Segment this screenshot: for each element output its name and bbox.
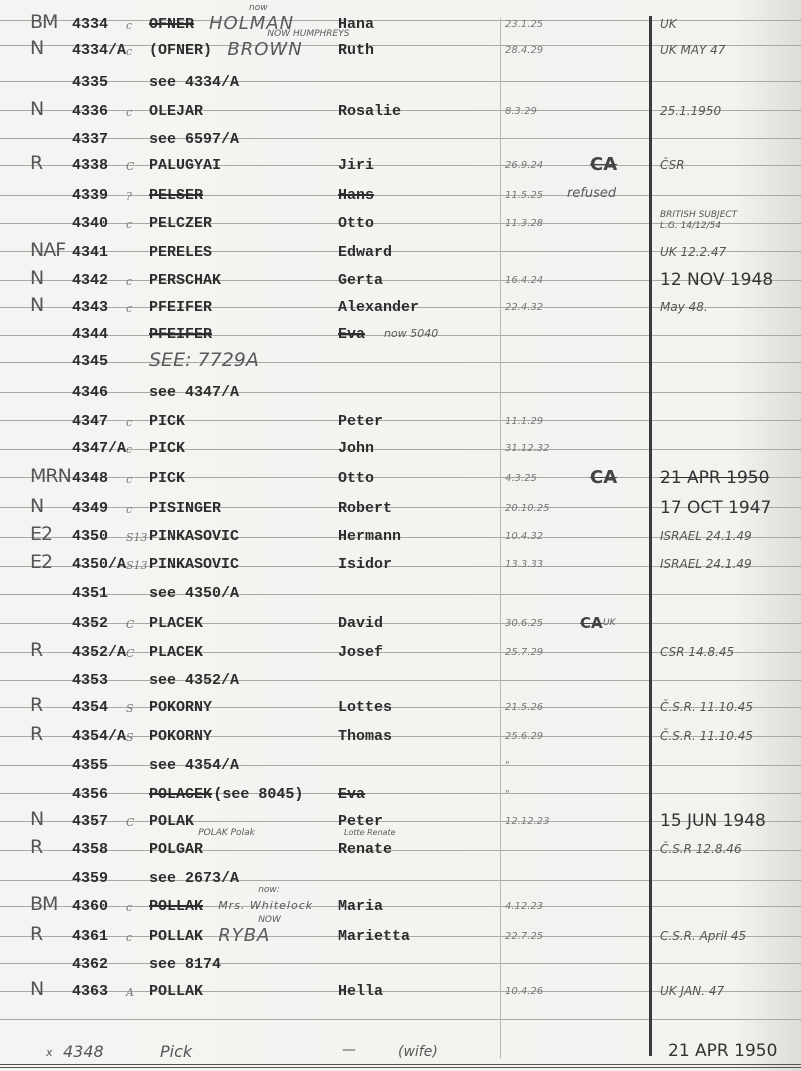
ledger-row: R4361cPOLLAKNOWRYBAMarietta22.7.25C.S.R.… <box>0 925 801 953</box>
ruled-line <box>0 1019 801 1020</box>
surname: PELCZER <box>149 215 212 232</box>
surname: PFEIFER <box>149 299 212 316</box>
status: UK MAY 47 <box>660 43 725 57</box>
entry-number: 4335 <box>72 74 108 91</box>
surname: (OFNER) <box>149 42 212 59</box>
date-of-birth: 23.1.25 <box>505 19 543 30</box>
entry-code: S <box>126 731 134 744</box>
footer-surname: Pick <box>160 1042 192 1061</box>
entry-number: 4347 <box>72 413 108 430</box>
surname: POLLAK <box>149 983 203 1000</box>
surname: see 4334/A <box>149 74 239 91</box>
footer-number: 4348 <box>63 1042 104 1061</box>
annotation-mark: R <box>30 923 42 945</box>
entry-code: c <box>126 416 132 429</box>
surname-suffix: (see 8045) <box>213 786 303 803</box>
entry-number: 4336 <box>72 103 108 120</box>
footer-dash: — <box>342 1042 356 1058</box>
date-of-birth: 16.4.24 <box>505 275 543 286</box>
status: 17 OCT 1947 <box>660 498 771 518</box>
status: May 48. <box>660 300 708 314</box>
annotation-mark: R <box>30 639 42 661</box>
surname: PALUGYAI <box>149 157 221 174</box>
footer-prefix: x <box>46 1046 53 1059</box>
ledger-row: 4356POLACEK(see 8045)Eva" <box>0 783 801 811</box>
ledger-row: 4355see 4354/A" <box>0 754 801 782</box>
date-of-birth: 31.12.32 <box>505 443 550 454</box>
status: 12 NOV 1948 <box>660 270 773 290</box>
surname: POLLAK <box>149 898 203 915</box>
entry-number: 4343 <box>72 299 108 316</box>
entry-code: c <box>126 45 132 58</box>
surname: POLAK <box>149 813 194 830</box>
entry-code: S <box>126 702 134 715</box>
ledger-row: 4351see 4350/A <box>0 582 801 610</box>
entry-number: 4341 <box>72 244 108 261</box>
first-name: Eva <box>338 786 365 803</box>
annotation-mark: N <box>30 495 43 517</box>
annotation-mark: R <box>30 152 42 174</box>
surname: see 4350/A <box>149 585 239 602</box>
entry-code: c <box>126 473 132 486</box>
first-name: David <box>338 615 383 632</box>
entry-number: 4350/A <box>72 556 126 573</box>
date-of-birth: 25.6.29 <box>505 731 543 742</box>
surname: PERELES <box>149 244 212 261</box>
bottom-rule <box>0 1064 801 1065</box>
ca-mark: CA <box>590 467 617 488</box>
annotation-mark: N <box>30 37 43 59</box>
ledger-row: 4339?PELSERHans11.5.25refused <box>0 184 801 212</box>
entry-code: c <box>126 19 132 32</box>
entry-code: ? <box>126 190 132 203</box>
annotation-mark: MRN <box>30 465 71 487</box>
status: C.S.R. April 45 <box>660 929 746 943</box>
entry-code: C <box>126 816 134 829</box>
date-of-birth: 22.7.25 <box>505 931 543 942</box>
date-of-birth: 10.4.26 <box>505 986 543 997</box>
date-of-birth: 10.4.32 <box>505 531 543 542</box>
entry-code: c <box>126 302 132 315</box>
ledger-row: E24350/AS13PINKASOVICIsidor13.3.33ISRAEL… <box>0 553 801 581</box>
surname: PELSER <box>149 187 203 204</box>
entry-number: 4342 <box>72 272 108 289</box>
first-name: Hans <box>338 187 374 204</box>
first-name: Hermann <box>338 528 401 545</box>
entry-code: C <box>126 618 134 631</box>
entry-code: A <box>126 986 134 999</box>
entry-number: 4344 <box>72 326 108 343</box>
entry-number: 4352 <box>72 615 108 632</box>
entry-code: C <box>126 647 134 660</box>
ledger-row: N4349cPISINGERRobert20.10.2517 OCT 1947 <box>0 497 801 525</box>
first-name: Alexander <box>338 299 419 316</box>
entry-number: 4350 <box>72 528 108 545</box>
surname: PINKASOVIC <box>149 556 239 573</box>
entry-number: 4354/A <box>72 728 126 745</box>
status: 25.1.1950 <box>660 104 721 118</box>
first-name: Renate <box>338 841 392 858</box>
date-of-birth: 8.3.29 <box>505 106 537 117</box>
entry-code: c <box>126 106 132 119</box>
surname: see 4354/A <box>149 757 239 774</box>
bottom-rule-2 <box>0 1067 801 1068</box>
ledger-row: 4345SEE: 7729A <box>0 350 801 378</box>
status: UK <box>660 17 677 31</box>
date-of-birth: 11.5.25 <box>505 190 543 201</box>
entry-number: 4355 <box>72 757 108 774</box>
ledger-row: N4343cPFEIFERAlexander22.4.32May 48. <box>0 296 801 324</box>
entry-code: c <box>126 218 132 231</box>
entry-number: 4345 <box>72 353 108 370</box>
ledger-row: 4337see 6597/A <box>0 128 801 156</box>
surname-note-above: now <box>249 3 268 13</box>
status: ČSR <box>660 158 685 172</box>
status: Č.S.R. 11.10.45 <box>660 729 753 743</box>
surname-note: BROWN <box>227 39 302 60</box>
ca-mark: CA <box>580 614 603 632</box>
first-name: Robert <box>338 500 392 517</box>
entry-code: S13 <box>126 559 148 572</box>
date-of-birth: 22.4.32 <box>505 302 543 313</box>
ledger-row: NAF4341PERELESEdwardUK 12.2.47 <box>0 241 801 269</box>
entry-number: 4354 <box>72 699 108 716</box>
ledger-row: 4335see 4334/A <box>0 71 801 99</box>
date-of-birth: 11.1.29 <box>505 416 543 427</box>
surname-note-above: NOW HUMPHREYS <box>267 29 349 39</box>
ledger-row: 4359see 2673/A <box>0 867 801 895</box>
surname: PICK <box>149 440 185 457</box>
first-name: Jiri <box>338 157 374 174</box>
ledger-row: N4334/Ac(OFNER)NOW HUMPHREYSBROWNRuth28.… <box>0 39 801 67</box>
first-name: John <box>338 440 374 457</box>
footer-relation: (wife) <box>398 1044 438 1060</box>
date-of-birth: 4.3.25 <box>505 473 537 484</box>
ledger-row: R4358POLGARPOLAK PolakRenateLotte Renate… <box>0 838 801 866</box>
entry-number: 4363 <box>72 983 108 1000</box>
entry-number: 4351 <box>72 585 108 602</box>
footer-stamp: 21 APR 1950 <box>668 1041 777 1061</box>
annotation-mark: N <box>30 267 43 289</box>
status: UK 12.2.47 <box>660 245 726 259</box>
date-of-birth: 25.7.29 <box>505 647 543 658</box>
first-name: Otto <box>338 470 374 487</box>
first-name: Rosalie <box>338 103 401 120</box>
ca-note: UK <box>603 618 616 628</box>
surname-note: RYBA <box>218 925 270 946</box>
ledger-row: R4338CPALUGYAIJiri26.9.24CAČSR <box>0 154 801 182</box>
entry-code: C <box>126 160 134 173</box>
surname: see 4347/A <box>149 384 239 401</box>
annotation-mark: N <box>30 98 43 120</box>
ledger-page: BM4334cOFNERnowHOLMANHana23.1.25UKN4334/… <box>0 0 801 1071</box>
date-of-birth: 20.10.25 <box>505 503 550 514</box>
surname: PFEIFER <box>149 326 212 343</box>
first-name: Peter <box>338 413 383 430</box>
entry-number: 4349 <box>72 500 108 517</box>
entry-number: 4348 <box>72 470 108 487</box>
annotation-mark: E2 <box>30 523 52 545</box>
surname: POLLAK <box>149 928 203 945</box>
entry-code: S13 <box>126 531 148 544</box>
entry-number: 4339 <box>72 187 108 204</box>
ledger-row: BM4334cOFNERnowHOLMANHana23.1.25UK <box>0 13 801 41</box>
surname: PLACEK <box>149 644 203 661</box>
ledger-row: R4352/ACPLACEKJosef25.7.29CSR 14.8.45 <box>0 641 801 669</box>
ledger-row: 4347cPICKPeter11.1.29 <box>0 410 801 438</box>
surname: PLACEK <box>149 615 203 632</box>
ledger-row: BM4360cPOLLAKnow:Mrs. WhitelockMaria4.12… <box>0 895 801 923</box>
surname: POKORNY <box>149 728 212 745</box>
ledger-row: N4336cOLEJARRosalie8.3.2925.1.1950 <box>0 100 801 128</box>
ledger-row: 4347/AcPICKJohn31.12.32 <box>0 437 801 465</box>
date-of-birth: 13.3.33 <box>505 559 543 570</box>
surname: POKORNY <box>149 699 212 716</box>
first-name: Edward <box>338 244 392 261</box>
surname: PICK <box>149 413 185 430</box>
entry-number: 4359 <box>72 870 108 887</box>
ledger-row: R4354SPOKORNYLottes21.5.26Č.S.R. 11.10.4… <box>0 696 801 724</box>
ledger-row: E24350S13PINKASOVICHermann10.4.32ISRAEL … <box>0 525 801 553</box>
annotation-mark: N <box>30 808 43 830</box>
first-name: Eva <box>338 326 365 343</box>
entry-code: c <box>126 931 132 944</box>
surname: SEE: 7729A <box>149 349 259 371</box>
ledger-row: 4344PFEIFEREvanow 5040 <box>0 323 801 351</box>
date-of-birth: " <box>505 760 510 771</box>
surname: OFNER <box>149 16 194 33</box>
entry-number: 4337 <box>72 131 108 148</box>
status: Č.S.R 12.8.46 <box>660 842 742 856</box>
entry-number: 4358 <box>72 841 108 858</box>
annotation-mark: BM <box>30 893 57 915</box>
annotation-mark: R <box>30 836 42 858</box>
first-name: Isidor <box>338 556 392 573</box>
status: 21 APR 1950 <box>660 468 769 488</box>
entry-code: c <box>126 275 132 288</box>
ledger-row: 4352CPLACEKDavid30.6.25CAUK <box>0 612 801 640</box>
first-name: Ruth <box>338 42 374 59</box>
date-of-birth: " <box>505 789 510 800</box>
first-name: Gerta <box>338 272 383 289</box>
annotation-mark: N <box>30 294 43 316</box>
entry-code: c <box>126 503 132 516</box>
entry-number: 4362 <box>72 956 108 973</box>
entry-number: 4356 <box>72 786 108 803</box>
annotation-mark: NAF <box>30 239 65 261</box>
date-of-birth: 11.3.28 <box>505 218 543 229</box>
date-of-birth: 26.9.24 <box>505 160 543 171</box>
surname: see 4352/A <box>149 672 239 689</box>
date-of-birth: 28.4.29 <box>505 45 543 56</box>
surname-note-above: POLAK Polak <box>198 828 255 838</box>
ledger-row: 4346see 4347/A <box>0 381 801 409</box>
surname: PICK <box>149 470 185 487</box>
ledger-row: 4340cPELCZEROtto11.3.28BRITISH SUBJECTL.… <box>0 212 801 240</box>
entry-code: c <box>126 901 132 914</box>
surname: POLACEK <box>149 786 212 803</box>
first-name-note-above: Lotte Renate <box>344 828 396 837</box>
ledger-row: MRN4348cPICKOtto4.3.25CA21 APR 1950 <box>0 467 801 495</box>
annotation-mark: R <box>30 723 42 745</box>
entry-number: 4353 <box>72 672 108 689</box>
date-of-birth: 21.5.26 <box>505 702 543 713</box>
status: UK JAN. 47 <box>660 984 724 998</box>
surname: PINKASOVIC <box>149 528 239 545</box>
date-of-birth: 30.6.25 <box>505 618 543 629</box>
entry-number: 4352/A <box>72 644 126 661</box>
annotation-mark: R <box>30 694 42 716</box>
ledger-row: R4354/ASPOKORNYThomas25.6.29Č.S.R. 11.10… <box>0 725 801 753</box>
annotation-mark: E2 <box>30 551 52 573</box>
ledger-row: 4362see 8174 <box>0 953 801 981</box>
surname-note: Mrs. Whitelock <box>218 899 313 912</box>
surname: see 6597/A <box>149 131 239 148</box>
entry-number: 4347/A <box>72 440 126 457</box>
status: ISRAEL 24.1.49 <box>660 529 752 543</box>
entry-number: 4334/A <box>72 42 126 59</box>
first-name: Hella <box>338 983 383 1000</box>
ledger-row: N4357CPOLAKPeter12.12.2315 JUN 1948 <box>0 810 801 838</box>
ledger-row: N4363APOLLAKHella10.4.26UK JAN. 47 <box>0 980 801 1008</box>
surname: see 2673/A <box>149 870 239 887</box>
date-of-birth: 12.12.23 <box>505 816 550 827</box>
surname-note-above: now: <box>258 885 280 895</box>
entry-number: 4361 <box>72 928 108 945</box>
entry-number: 4346 <box>72 384 108 401</box>
annotation-mark: BM <box>30 11 57 33</box>
entry-code: c <box>126 443 132 456</box>
ledger-row: N4342cPERSCHAKGerta16.4.2412 NOV 1948 <box>0 269 801 297</box>
surname: POLGAR <box>149 841 203 858</box>
entry-number: 4357 <box>72 813 108 830</box>
annotation-mark: N <box>30 978 43 1000</box>
entry-number: 4334 <box>72 16 108 33</box>
first-name: Thomas <box>338 728 392 745</box>
date-of-birth: 4.12.23 <box>505 901 543 912</box>
surname: OLEJAR <box>149 103 203 120</box>
entry-number: 4340 <box>72 215 108 232</box>
first-name-note: now 5040 <box>384 327 438 340</box>
first-name: Otto <box>338 215 374 232</box>
surname: PISINGER <box>149 500 221 517</box>
first-name: Lottes <box>338 699 392 716</box>
first-name: Marietta <box>338 928 410 945</box>
surname: PERSCHAK <box>149 272 221 289</box>
entry-number: 4338 <box>72 157 108 174</box>
entry-number: 4360 <box>72 898 108 915</box>
ca-note: refused <box>567 186 616 201</box>
first-name: Maria <box>338 898 383 915</box>
ca-mark: CA <box>590 154 617 175</box>
surname-note-above: NOW <box>258 915 281 925</box>
status-line-2: L.G. 14/12/54 <box>660 221 721 231</box>
status: ISRAEL 24.1.49 <box>660 557 752 571</box>
ledger-row: 4353see 4352/A <box>0 669 801 697</box>
status: 15 JUN 1948 <box>660 811 766 831</box>
status: BRITISH SUBJECT <box>660 210 737 220</box>
status: Č.S.R. 11.10.45 <box>660 700 753 714</box>
surname: see 8174 <box>149 956 221 973</box>
status: CSR 14.8.45 <box>660 645 734 659</box>
first-name: Josef <box>338 644 383 661</box>
